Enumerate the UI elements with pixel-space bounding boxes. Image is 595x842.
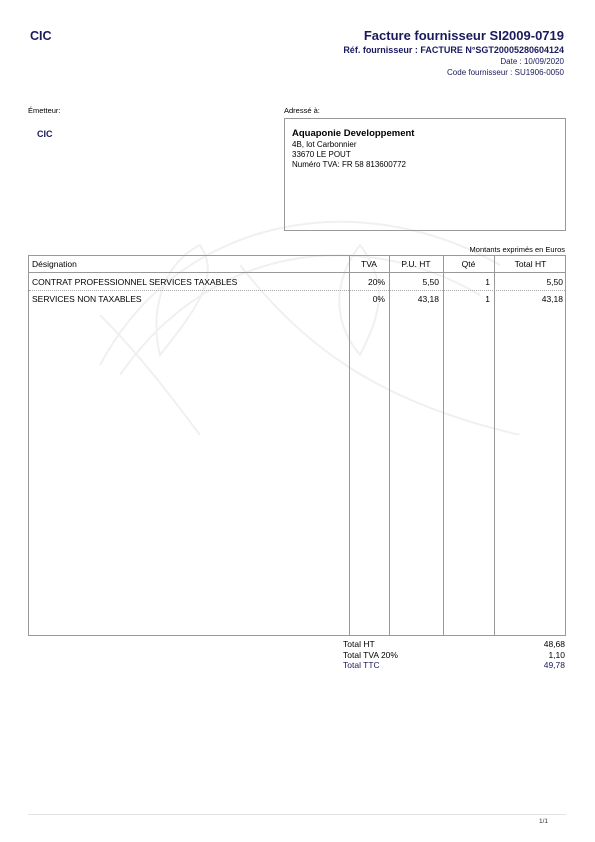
emetteur-label: Émetteur: bbox=[28, 106, 61, 115]
recipient-city: 33670 LE POUT bbox=[292, 150, 558, 160]
table-row: SERVICES NON TAXABLES 0% 43,18 1 43,18 bbox=[29, 290, 565, 307]
column-divider bbox=[349, 256, 350, 635]
footer-divider bbox=[28, 814, 566, 815]
currency-note: Montants exprimés en Euros bbox=[470, 245, 565, 254]
row-qty: 1 bbox=[485, 294, 490, 304]
document-header: Facture fournisseur SI2009-0719 Réf. fou… bbox=[343, 28, 564, 78]
row-qty: 1 bbox=[485, 277, 490, 287]
supplier-reference: Réf. fournisseur : FACTURE N°SGT20005280… bbox=[343, 44, 564, 56]
header-qty: Qté bbox=[443, 259, 494, 269]
table-row: CONTRAT PROFESSIONNEL SERVICES TAXABLES … bbox=[29, 273, 565, 290]
row-total-ht: 5,50 bbox=[546, 277, 563, 287]
row-tva: 20% bbox=[368, 277, 385, 287]
row-designation: CONTRAT PROFESSIONNEL SERVICES TAXABLES bbox=[32, 277, 237, 287]
row-tva: 0% bbox=[373, 294, 385, 304]
header-designation: Désignation bbox=[32, 259, 77, 269]
recipient-address-box: Aquaponie Developpement 4B, lot Carbonni… bbox=[284, 118, 566, 231]
row-total-ht: 43,18 bbox=[542, 294, 563, 304]
invoice-date: Date : 10/09/2020 bbox=[343, 56, 564, 67]
header-pu-ht: P.U. HT bbox=[389, 259, 443, 269]
total-tva-value: 1,10 bbox=[548, 650, 565, 661]
page-number: 1/1 bbox=[539, 818, 548, 825]
adresse-label: Adressé à: bbox=[284, 106, 320, 115]
total-tva-label: Total TVA 20% bbox=[343, 650, 398, 661]
total-tva-row: Total TVA 20% 1,10 bbox=[343, 650, 565, 661]
column-divider bbox=[494, 256, 495, 635]
column-divider bbox=[389, 256, 390, 635]
sender-name: CIC bbox=[30, 29, 52, 43]
total-ht-label: Total HT bbox=[343, 639, 375, 650]
row-pu-ht: 5,50 bbox=[422, 277, 439, 287]
total-ht-value: 48,68 bbox=[544, 639, 565, 650]
total-ht-row: Total HT 48,68 bbox=[343, 639, 565, 650]
header-tva: TVA bbox=[349, 259, 389, 269]
totals-block: Total HT 48,68 Total TVA 20% 1,10 Total … bbox=[343, 639, 565, 671]
supplier-code: Code fournisseur : SU1906-0050 bbox=[343, 67, 564, 78]
items-table: Désignation TVA P.U. HT Qté Total HT CON… bbox=[28, 255, 566, 636]
total-ttc-value: 49,78 bbox=[544, 660, 565, 671]
recipient-vat: Numéro TVA: FR 58 813600772 bbox=[292, 160, 558, 170]
total-ttc-label: Total TTC bbox=[343, 660, 380, 671]
total-ttc-row: Total TTC 49,78 bbox=[343, 660, 565, 671]
invoice-title: Facture fournisseur SI2009-0719 bbox=[343, 28, 564, 44]
column-divider bbox=[443, 256, 444, 635]
row-designation: SERVICES NON TAXABLES bbox=[32, 294, 142, 304]
row-pu-ht: 43,18 bbox=[418, 294, 439, 304]
recipient-name: Aquaponie Developpement bbox=[292, 128, 558, 140]
emetteur-name: CIC bbox=[37, 129, 53, 139]
header-total-ht: Total HT bbox=[494, 259, 567, 269]
recipient-street: 4B, lot Carbonnier bbox=[292, 140, 558, 150]
